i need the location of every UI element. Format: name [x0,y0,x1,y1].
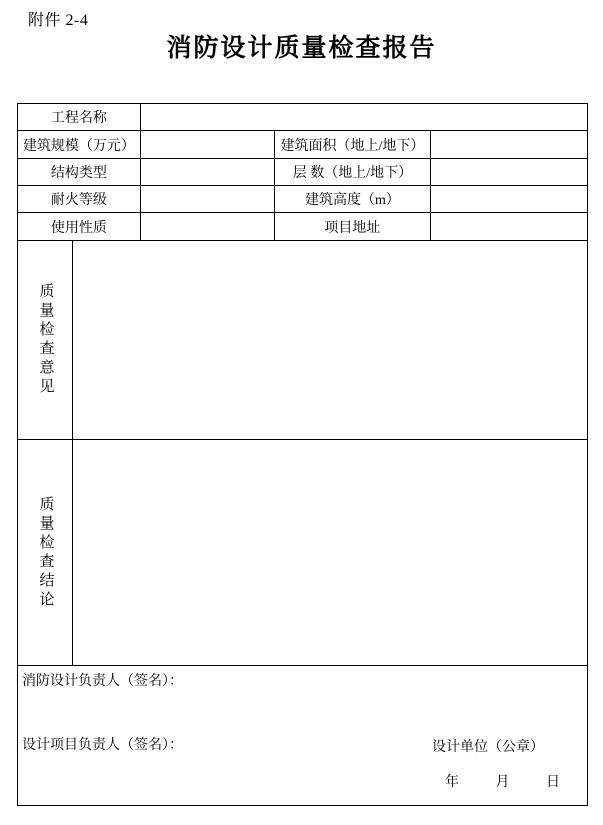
row-usage-address: 使用性质 项目地址 [18,213,587,241]
date-year-month-day-label: 年 月 日 [445,771,560,791]
building-area-value-cell[interactable] [431,131,587,158]
row-structure-floors: 结构类型 层 数（地上/地下） [18,159,587,186]
project-designer-signature-label: 设计项目负责人（签名）： [22,734,183,754]
signature-block: 消防设计负责人（签名）： 设计项目负责人（签名）： 设计单位（公章） 年 月 日 [18,666,587,805]
row-project-name: 工程名称 [18,104,587,131]
building-scale-label: 建筑规模（万元） [18,131,141,158]
quality-conclusion-label-text: 质量检查结论 [38,496,53,610]
floor-count-value-cell[interactable] [431,159,587,185]
section-signatures: 消防设计负责人（签名）： 设计项目负责人（签名）： 设计单位（公章） 年 月 日 [18,666,587,805]
building-height-label: 建筑高度（m） [275,186,432,212]
section-quality-inspection-conclusion: 质量检查结论 [18,440,587,666]
design-unit-seal-label: 设计单位（公章） [432,736,544,756]
quality-opinion-content-area[interactable] [73,241,587,439]
structure-type-label: 结构类型 [18,159,141,185]
usage-nature-value-cell[interactable] [141,213,275,240]
structure-type-value-cell[interactable] [141,159,275,185]
project-address-label: 项目地址 [275,213,432,240]
project-name-label: 工程名称 [18,104,141,130]
report-table: 工程名称 建筑规模（万元） 建筑面积（地上/地下） 结构类型 层 数（地上/地下… [17,103,588,806]
quality-opinion-label: 质量检查意见 [18,241,73,439]
quality-conclusion-content-area[interactable] [73,440,587,665]
building-height-value-cell[interactable] [431,186,587,212]
project-address-value-cell[interactable] [431,213,587,240]
fire-rating-value-cell[interactable] [141,186,275,212]
fire-designer-signature-label: 消防设计负责人（签名）： [22,670,183,690]
building-area-label: 建筑面积（地上/地下） [275,131,432,158]
row-scale-area: 建筑规模（万元） 建筑面积（地上/地下） [18,131,587,159]
building-scale-value-cell[interactable] [141,131,275,158]
page-title: 消防设计质量检查报告 [0,28,603,64]
project-name-value-cell[interactable] [141,104,587,130]
quality-opinion-label-text: 质量检查意见 [38,283,53,397]
row-fire-rating-height: 耐火等级 建筑高度（m） [18,186,587,213]
attachment-label: 附件 2-4 [28,7,88,30]
quality-conclusion-label: 质量检查结论 [18,440,73,665]
fire-rating-label: 耐火等级 [18,186,141,212]
section-quality-inspection-opinion: 质量检查意见 [18,241,587,440]
floor-count-label: 层 数（地上/地下） [275,159,432,185]
usage-nature-label: 使用性质 [18,213,141,240]
